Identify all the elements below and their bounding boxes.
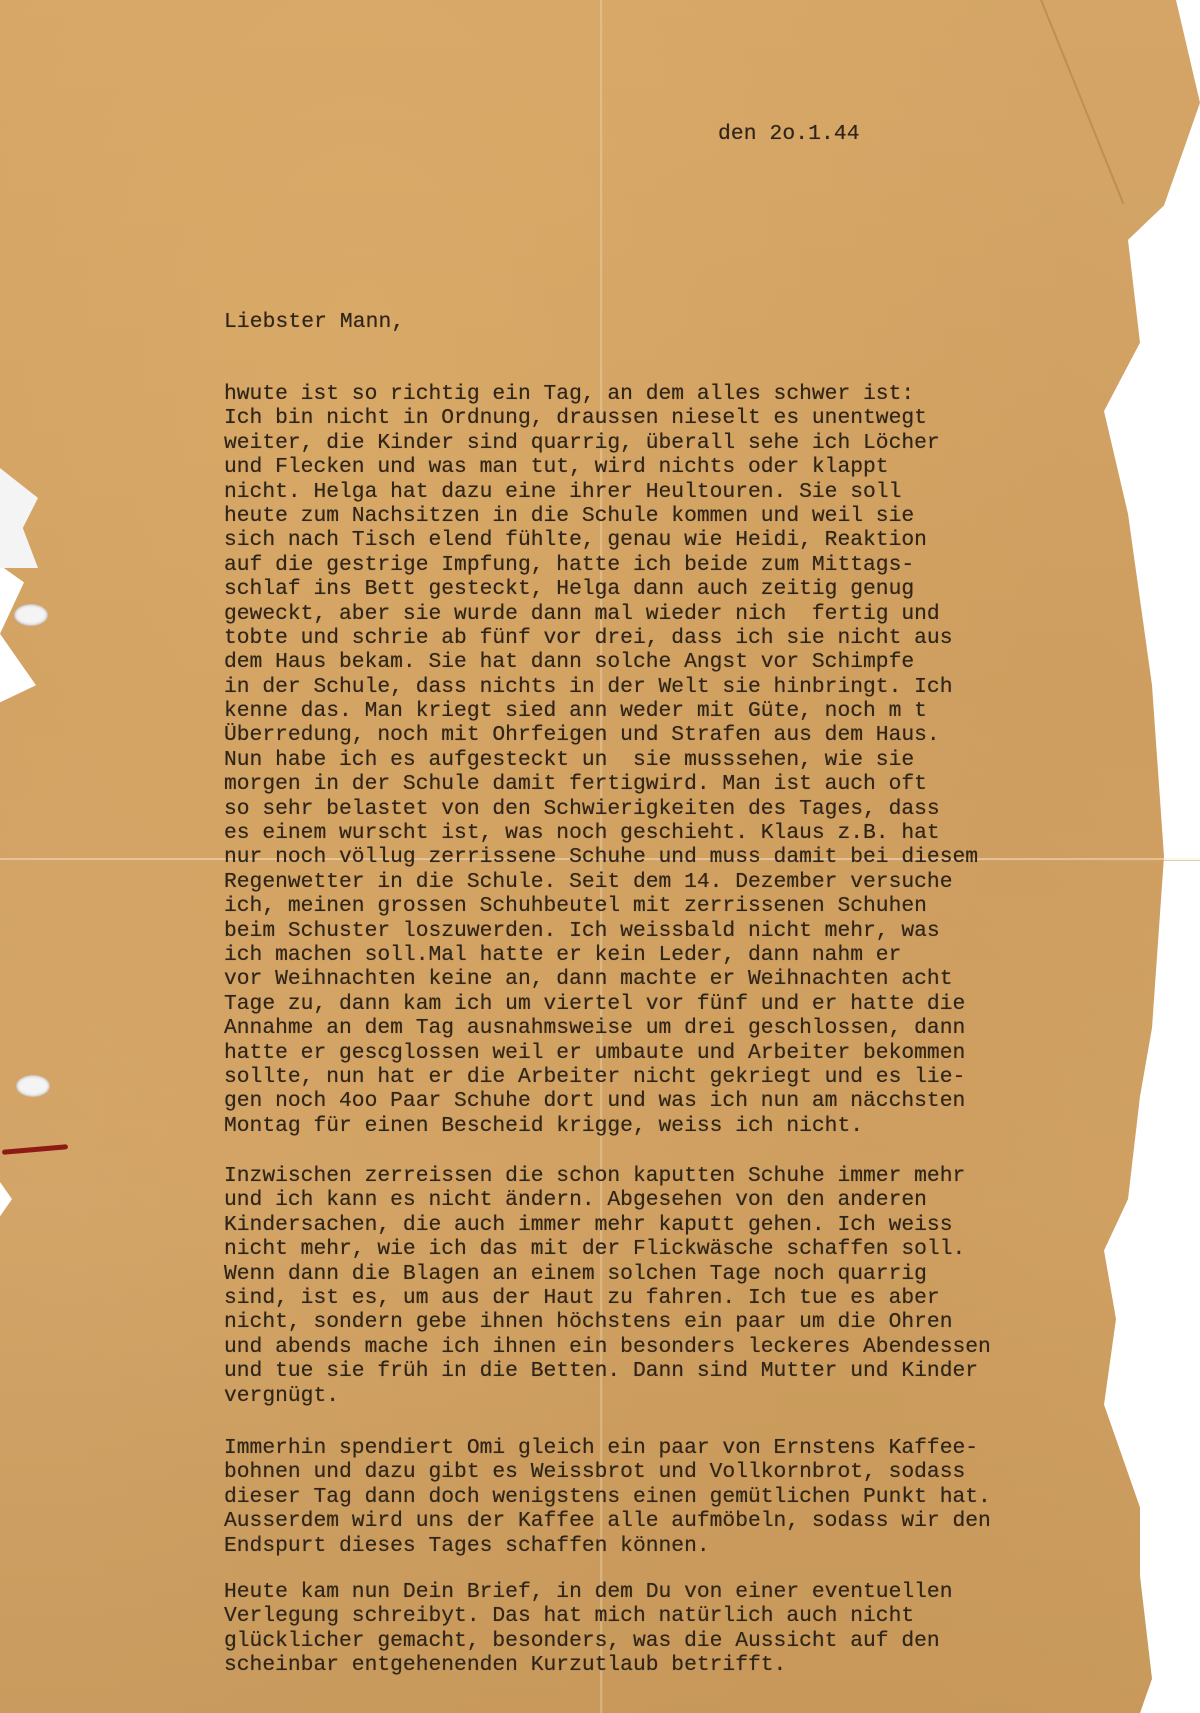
text-line: hwute ist so richtig ein Tag, an dem all…	[224, 382, 978, 406]
paragraph-2: Inzwischen zerreissen die schon kaputten…	[224, 1164, 991, 1408]
text-line: scheinbar entgehenenden Kurzutlaub betri…	[224, 1653, 952, 1677]
text-line: sich nach Tisch elend fühlte, genau wie …	[224, 528, 978, 552]
text-line: geweckt, aber sie wurde dann mal wieder …	[224, 602, 978, 626]
letter-date: den 2o.1.44	[718, 122, 860, 146]
text-line: heute zum Nachsitzen in die Schule komme…	[224, 504, 978, 528]
letter-salutation: Liebster Mann,	[224, 310, 404, 334]
text-line: sind, ist es, um aus der Haut zu fahren.…	[224, 1286, 991, 1310]
text-line: Montag für einen Bescheid krigge, weiss …	[224, 1114, 978, 1138]
text-line: dem Haus bekam. Sie hat dann solche Angs…	[224, 650, 978, 674]
text-line: und ich kann es nicht ändern. Abgesehen …	[224, 1188, 991, 1212]
punch-hole-upper	[14, 604, 48, 626]
text-line: Tage zu, dann kam ich um viertel vor fün…	[224, 992, 978, 1016]
text-line: Nun habe ich es aufgesteckt un sie musss…	[224, 748, 978, 772]
text-line: Heute kam nun Dein Brief, in dem Du von …	[224, 1580, 952, 1604]
text-line: und tue sie früh in die Betten. Dann sin…	[224, 1359, 991, 1383]
paragraph-3: Immerhin spendiert Omi gleich ein paar v…	[224, 1436, 991, 1558]
text-line: Wenn dann die Blagen an einem solchen Ta…	[224, 1262, 991, 1286]
text-line: glücklicher gemacht, besonders, was die …	[224, 1629, 952, 1653]
text-line: nur noch völlug zerrissene Schuhe und mu…	[224, 845, 978, 869]
text-line: kenne das. Man kriegt sied ann weder mit…	[224, 699, 978, 723]
text-line: Endspurt dieses Tages schaffen können.	[224, 1534, 991, 1558]
paragraph-1: hwute ist so richtig ein Tag, an dem all…	[224, 382, 978, 1138]
text-line: nicht mehr, wie ich das mit der Flickwäs…	[224, 1237, 991, 1261]
text-line: weiter, die Kinder sind quarrig, überall…	[224, 431, 978, 455]
text-line: und abends mache ich ihnen ein besonders…	[224, 1335, 991, 1359]
text-line: ich machen soll.Mal hatte er kein Leder,…	[224, 943, 978, 967]
text-line: in der Schule, dass nichts in der Welt s…	[224, 675, 978, 699]
paragraph-4: Heute kam nun Dein Brief, in dem Du von …	[224, 1580, 952, 1678]
text-line: schlaf ins Bett gesteckt, Helga dann auc…	[224, 577, 978, 601]
text-line: Überredung, noch mit Ohrfeigen und Straf…	[224, 723, 978, 747]
text-line: und Flecken und was man tut, wird nichts…	[224, 455, 978, 479]
text-line: gen noch 4oo Paar Schuhe dort und was ic…	[224, 1089, 978, 1113]
text-line: auf die gestrige Impfung, hatte ich beid…	[224, 553, 978, 577]
text-line: Regenwetter in die Schule. Seit dem 14. …	[224, 870, 978, 894]
text-line: tobte und schrie ab fünf vor drei, dass …	[224, 626, 978, 650]
text-line: morgen in der Schule damit fertigwird. M…	[224, 772, 978, 796]
text-line: ich, meinen grossen Schuhbeutel mit zerr…	[224, 894, 978, 918]
text-line: Ausserdem wird uns der Kaffee alle aufmö…	[224, 1509, 991, 1533]
text-line: Annahme an dem Tag ausnahmsweise um drei…	[224, 1016, 978, 1040]
text-line: so sehr belastet von den Schwierigkeiten…	[224, 797, 978, 821]
text-line: sollte, nun hat er die Arbeiter nicht ge…	[224, 1065, 978, 1089]
text-line: hatte er gescglossen weil er umbaute und…	[224, 1041, 978, 1065]
text-line: vergnügt.	[224, 1384, 991, 1408]
text-line: bohnen und dazu gibt es Weissbrot und Vo…	[224, 1460, 991, 1484]
text-line: Verlegung schreibyt. Das hat mich natürl…	[224, 1604, 952, 1628]
text-line: nicht. Helga hat dazu eine ihrer Heultou…	[224, 480, 978, 504]
text-line: Ich bin nicht in Ordnung, draussen niese…	[224, 406, 978, 430]
text-line: beim Schuster loszuwerden. Ich weissbald…	[224, 919, 978, 943]
text-line: Inzwischen zerreissen die schon kaputten…	[224, 1164, 991, 1188]
text-line: Kindersachen, die auch immer mehr kaputt…	[224, 1213, 991, 1237]
text-line: nicht, sondern gebe ihnen höchstens ein …	[224, 1310, 991, 1334]
text-line: Immerhin spendiert Omi gleich ein paar v…	[224, 1436, 991, 1460]
text-line: vor Weihnachten keine an, dann machte er…	[224, 967, 978, 991]
punch-hole-lower	[16, 1075, 50, 1097]
text-line: dieser Tag dann doch wenigstens einen ge…	[224, 1485, 991, 1509]
text-line: es einem wurscht ist, was noch geschieht…	[224, 821, 978, 845]
